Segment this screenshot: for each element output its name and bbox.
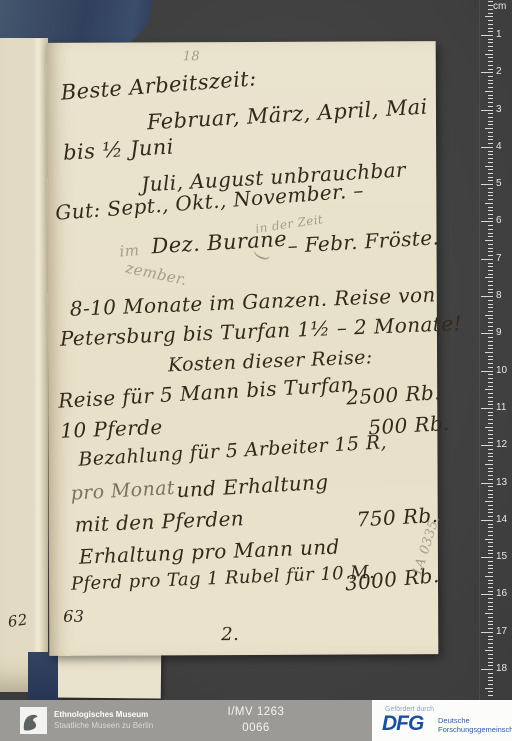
document-id: I/MV 1263 0066 bbox=[228, 705, 285, 736]
ruler-tick bbox=[488, 494, 493, 495]
ruler-tick bbox=[488, 512, 493, 513]
ruler-tick bbox=[488, 553, 493, 554]
ruler-number: 11 bbox=[496, 402, 506, 413]
ruler-tick bbox=[488, 121, 493, 122]
ruler-edge bbox=[479, 0, 480, 700]
ruler-tick bbox=[488, 412, 493, 413]
ruler-tick bbox=[481, 483, 493, 484]
ruler-tick bbox=[488, 98, 493, 99]
ruler-tick bbox=[488, 285, 493, 286]
ruler-number: 12 bbox=[496, 439, 507, 450]
ruler-tick bbox=[488, 322, 493, 323]
ruler-tick bbox=[481, 110, 493, 111]
handwriting-ink: Kosten dieser Reise: bbox=[168, 348, 373, 375]
ruler-tick bbox=[488, 102, 493, 103]
handwriting-pencil: zember. bbox=[124, 261, 188, 288]
ruler-tick bbox=[488, 497, 493, 498]
ruler-tick bbox=[488, 658, 493, 659]
ruler-tick bbox=[488, 468, 493, 469]
ruler-tick bbox=[481, 445, 493, 446]
handwriting-ink: und Erhaltung bbox=[176, 472, 329, 501]
ruler-tick bbox=[488, 46, 493, 47]
scan-photo: 18Beste Arbeitszeit:Februar, März, April… bbox=[0, 0, 512, 741]
ruler-tick bbox=[485, 203, 493, 204]
handwriting-ink: – Febr. Fröste. bbox=[287, 227, 440, 256]
ruler-tick bbox=[488, 561, 493, 562]
ruler-tick bbox=[488, 80, 493, 81]
ruler-tick bbox=[488, 524, 493, 525]
ruler-tick bbox=[488, 430, 493, 431]
handwriting-pencil: 18 bbox=[183, 50, 200, 63]
ruler-tick bbox=[488, 266, 493, 267]
ruler-number: 10 bbox=[496, 365, 507, 376]
ruler-tick bbox=[488, 300, 493, 301]
ruler-tick bbox=[488, 449, 493, 450]
handwriting-ink: 62 bbox=[7, 612, 29, 630]
ruler-tick bbox=[488, 255, 493, 256]
ruler-tick bbox=[488, 677, 493, 678]
ruler-tick bbox=[488, 662, 493, 663]
ruler-tick bbox=[488, 348, 493, 349]
ruler-tick bbox=[481, 147, 493, 148]
ruler-tick bbox=[488, 87, 493, 88]
ruler-tick bbox=[488, 565, 493, 566]
ruler-tick bbox=[488, 136, 493, 137]
ruler-tick bbox=[488, 169, 493, 170]
ruler-tick bbox=[488, 180, 493, 181]
ruler-number: 6 bbox=[496, 215, 502, 226]
ruler-tick bbox=[488, 415, 493, 416]
ruler-tick bbox=[488, 31, 493, 32]
ruler-tick bbox=[488, 117, 493, 118]
ruler-tick bbox=[488, 263, 493, 264]
ruler-tick bbox=[488, 207, 493, 208]
ruler-tick bbox=[481, 669, 493, 670]
ruler-tick bbox=[485, 277, 493, 278]
ruler-tick bbox=[488, 374, 493, 375]
ruler-tick bbox=[481, 72, 493, 73]
ruler-number: 5 bbox=[496, 178, 502, 189]
ruler-tick bbox=[488, 535, 493, 536]
ruler-tick bbox=[488, 598, 493, 599]
ruler-number: 17 bbox=[496, 626, 507, 637]
page-stack-left-edge bbox=[0, 38, 48, 692]
ruler-tick bbox=[488, 307, 493, 308]
ruler-tick bbox=[488, 359, 493, 360]
ruler-tick bbox=[485, 166, 493, 167]
ruler-tick bbox=[488, 386, 493, 387]
document-id-line1: I/MV 1263 bbox=[228, 705, 285, 721]
handwriting-ink: 2500 Rb. bbox=[346, 382, 442, 407]
ruler-tick bbox=[488, 311, 493, 312]
ruler-number: 15 bbox=[496, 551, 507, 562]
ruler-tick bbox=[485, 315, 493, 316]
ruler-tick bbox=[488, 516, 493, 517]
ruler-tick bbox=[488, 39, 493, 40]
ruler-tick bbox=[488, 5, 493, 6]
ruler-tick bbox=[488, 162, 493, 163]
ruler-tick bbox=[485, 240, 493, 241]
ruler-tick bbox=[485, 427, 493, 428]
ruler-tick bbox=[488, 363, 493, 364]
handwriting-ink: Beste Arbeitszeit: bbox=[60, 68, 257, 103]
ruler-tick bbox=[488, 173, 493, 174]
ruler-tick bbox=[488, 419, 493, 420]
ruler-tick bbox=[481, 632, 493, 633]
ruler-tick bbox=[488, 13, 493, 14]
ruler-tick bbox=[488, 442, 493, 443]
ruler-tick bbox=[488, 337, 493, 338]
ruler-tick bbox=[488, 550, 493, 551]
funder-name: Deutsche Forschungsgemeinschaft bbox=[438, 717, 512, 734]
ruler-tick bbox=[488, 124, 493, 125]
ruler-tick bbox=[488, 177, 493, 178]
ruler-tick bbox=[488, 587, 493, 588]
smb-logo bbox=[20, 707, 47, 734]
ruler-tick bbox=[488, 378, 493, 379]
ruler-tick bbox=[488, 404, 493, 405]
handwriting-ink: 63 bbox=[63, 609, 84, 625]
ruler-tick bbox=[488, 151, 493, 152]
ruler-tick bbox=[481, 557, 493, 558]
ruler-tick bbox=[488, 580, 493, 581]
ruler-tick bbox=[481, 296, 493, 297]
funder-name-line2: Forschungsgemeinschaft bbox=[438, 726, 512, 735]
ruler-tick bbox=[488, 546, 493, 547]
ruler-tick bbox=[481, 520, 493, 521]
ruler-tick bbox=[488, 643, 493, 644]
ruler-tick bbox=[488, 382, 493, 383]
ruler-tick bbox=[488, 24, 493, 25]
ruler-tick bbox=[481, 35, 493, 36]
ruler-tick bbox=[485, 91, 493, 92]
ruler-tick bbox=[488, 210, 493, 211]
ruler-tick bbox=[488, 330, 493, 331]
ruler-tick bbox=[488, 460, 493, 461]
ruler-tick bbox=[488, 624, 493, 625]
ruler-tick bbox=[488, 83, 493, 84]
ruler-tick bbox=[488, 647, 493, 648]
museum-title-block: Ethnologisches Museum Staatliche Museen … bbox=[54, 709, 153, 731]
ruler-tick bbox=[488, 568, 493, 569]
binding-cloth-bottom bbox=[28, 652, 58, 700]
ruler-tick bbox=[485, 389, 493, 390]
ruler-tick bbox=[488, 680, 493, 681]
ruler-tick bbox=[481, 594, 493, 595]
ruler-tick bbox=[488, 20, 493, 21]
ruler-tick bbox=[488, 9, 493, 10]
ruler-tick bbox=[488, 602, 493, 603]
ruler-unit-label: cm bbox=[493, 1, 506, 12]
handwriting-ink: Erhaltung pro Mann und bbox=[79, 536, 341, 566]
ruler-tick bbox=[488, 214, 493, 215]
ruler-tick bbox=[488, 345, 493, 346]
ruler-tick bbox=[488, 106, 493, 107]
ruler-tick bbox=[488, 542, 493, 543]
ruler-tick bbox=[488, 158, 493, 159]
ruler-tick bbox=[488, 218, 493, 219]
ruler-tick bbox=[485, 54, 493, 55]
ruler-tick bbox=[488, 665, 493, 666]
ruler-number: 3 bbox=[496, 104, 502, 115]
ruler-tick bbox=[488, 304, 493, 305]
ruler-tick bbox=[488, 289, 493, 290]
handwriting-ink: 2. bbox=[221, 626, 239, 644]
ruler-tick bbox=[488, 188, 493, 189]
funder-panel: Gefördert durch DFG Deutsche Forschungsg… bbox=[372, 700, 512, 741]
dfg-logo: DFG bbox=[382, 712, 423, 736]
ruler-tick bbox=[488, 195, 493, 196]
ruler-tick bbox=[488, 505, 493, 506]
ruler-tick bbox=[488, 236, 493, 237]
ruler-tick bbox=[488, 471, 493, 472]
ruler-tick bbox=[488, 606, 493, 607]
ruler-tick bbox=[488, 434, 493, 435]
ruler-tick bbox=[488, 617, 493, 618]
ruler-tick bbox=[488, 531, 493, 532]
ruler-tick bbox=[488, 28, 493, 29]
ruler-tick bbox=[488, 113, 493, 114]
ruler-tick bbox=[488, 248, 493, 249]
ruler-tick bbox=[488, 490, 493, 491]
ruler-tick bbox=[488, 621, 493, 622]
ruler-tick bbox=[488, 695, 493, 696]
ruler-tick bbox=[488, 95, 493, 96]
ruler-tick bbox=[488, 292, 493, 293]
ruler-number: 2 bbox=[496, 66, 502, 77]
ruler-tick bbox=[485, 501, 493, 502]
ruler-tick bbox=[481, 333, 493, 334]
ruler-tick bbox=[488, 572, 493, 573]
ruler-tick bbox=[488, 423, 493, 424]
footer-bar: Ethnologisches Museum Staatliche Museen … bbox=[0, 700, 512, 741]
ruler-tick bbox=[488, 274, 493, 275]
ruler-tick bbox=[481, 408, 493, 409]
ruler-number: 14 bbox=[496, 514, 507, 525]
ruler-number: 9 bbox=[496, 327, 502, 338]
ruler-tick bbox=[485, 128, 493, 129]
ruler-tick bbox=[488, 154, 493, 155]
ruler-tick bbox=[488, 475, 493, 476]
ruler-tick bbox=[488, 57, 493, 58]
ruler-tick bbox=[485, 613, 493, 614]
ruler-tick bbox=[488, 636, 493, 637]
ruler-number: 4 bbox=[496, 141, 502, 152]
ruler-tick bbox=[488, 76, 493, 77]
ruler-number: 18 bbox=[496, 663, 507, 674]
ruler-tick bbox=[488, 251, 493, 252]
ruler-tick bbox=[488, 527, 493, 528]
ruler-tick bbox=[488, 192, 493, 193]
ruler-tick bbox=[485, 352, 493, 353]
handwriting-ink: Februar, März, April, Mai bbox=[146, 96, 428, 133]
ruler-tick bbox=[488, 639, 493, 640]
ruler-tick bbox=[488, 456, 493, 457]
ruler-number: 16 bbox=[496, 588, 507, 599]
ruler-tick bbox=[488, 393, 493, 394]
ruler-tick bbox=[485, 16, 493, 17]
ruler-tick bbox=[488, 199, 493, 200]
museum-subtitle: Staatliche Museen zu Berlin bbox=[54, 720, 153, 731]
ruler-tick bbox=[488, 438, 493, 439]
ruler-tick bbox=[488, 684, 493, 685]
ruler-tick bbox=[488, 229, 493, 230]
ruler-tick bbox=[488, 233, 493, 234]
ruler-tick bbox=[488, 367, 493, 368]
document-id-line2: 0066 bbox=[228, 721, 285, 737]
ruler-tick bbox=[488, 486, 493, 487]
ruler-tick bbox=[488, 583, 493, 584]
ruler-tick bbox=[485, 539, 493, 540]
ruler-tick bbox=[488, 65, 493, 66]
handwriting-ink: bis ½ Juni bbox=[63, 137, 175, 164]
ruler-tick bbox=[488, 69, 493, 70]
ruler-number: 7 bbox=[496, 253, 502, 264]
ruler-tick bbox=[488, 341, 493, 342]
ruler-tick bbox=[488, 50, 493, 51]
ruler-tick bbox=[488, 453, 493, 454]
ruler-tick bbox=[488, 281, 493, 282]
handwriting-ink: mit den Pferden bbox=[74, 508, 244, 535]
ruler-tick bbox=[488, 42, 493, 43]
ruler-tick bbox=[488, 1, 493, 2]
ruler-tick bbox=[488, 628, 493, 629]
ruler-tick bbox=[488, 318, 493, 319]
manuscript-page: 18Beste Arbeitszeit:Februar, März, April… bbox=[47, 41, 439, 656]
ruler-tick bbox=[488, 132, 493, 133]
ruler-tick bbox=[488, 609, 493, 610]
ruler-tick bbox=[488, 139, 493, 140]
ruler-tick bbox=[488, 401, 493, 402]
ruler-tick bbox=[488, 673, 493, 674]
ruler-tick bbox=[481, 259, 493, 260]
handwriting-pencil: im bbox=[119, 243, 140, 259]
ruler-tick bbox=[481, 371, 493, 372]
handwriting-ink: 10 Pferde bbox=[60, 417, 163, 441]
ruler-tick bbox=[485, 688, 493, 689]
binding-cloth-top bbox=[0, 0, 153, 42]
ruler-tick bbox=[488, 654, 493, 655]
ruler-number: 13 bbox=[496, 477, 507, 488]
ruler-number: 8 bbox=[496, 290, 502, 301]
ruler-tick bbox=[488, 479, 493, 480]
ruler-tick bbox=[481, 221, 493, 222]
ruler-tick bbox=[481, 184, 493, 185]
ruler-number: 1 bbox=[496, 29, 502, 40]
museum-name: Ethnologisches Museum bbox=[54, 709, 153, 720]
ruler-tick bbox=[488, 61, 493, 62]
ruler-tick bbox=[485, 576, 493, 577]
ruler-tick bbox=[488, 244, 493, 245]
handwriting-ink: Reise für 5 Mann bis Turfan bbox=[58, 374, 355, 411]
ruler-tick bbox=[485, 650, 493, 651]
ruler-tick bbox=[488, 356, 493, 357]
ruler-tick bbox=[488, 397, 493, 398]
ruler-tick bbox=[488, 225, 493, 226]
handwriting-light: pro Monat bbox=[70, 479, 175, 504]
smb-logo-mark bbox=[20, 707, 47, 734]
ruler-tick bbox=[488, 143, 493, 144]
ruler-tick bbox=[488, 691, 493, 692]
ruler-tick bbox=[485, 464, 493, 465]
ruler-tick bbox=[488, 326, 493, 327]
handwriting-pencil: ) bbox=[251, 251, 270, 261]
ruler-tick bbox=[488, 591, 493, 592]
handwriting-ink: Pferd pro Tag 1 Rubel für 10 M. bbox=[71, 564, 376, 594]
ruler-tick bbox=[488, 270, 493, 271]
ruler-tick bbox=[488, 509, 493, 510]
